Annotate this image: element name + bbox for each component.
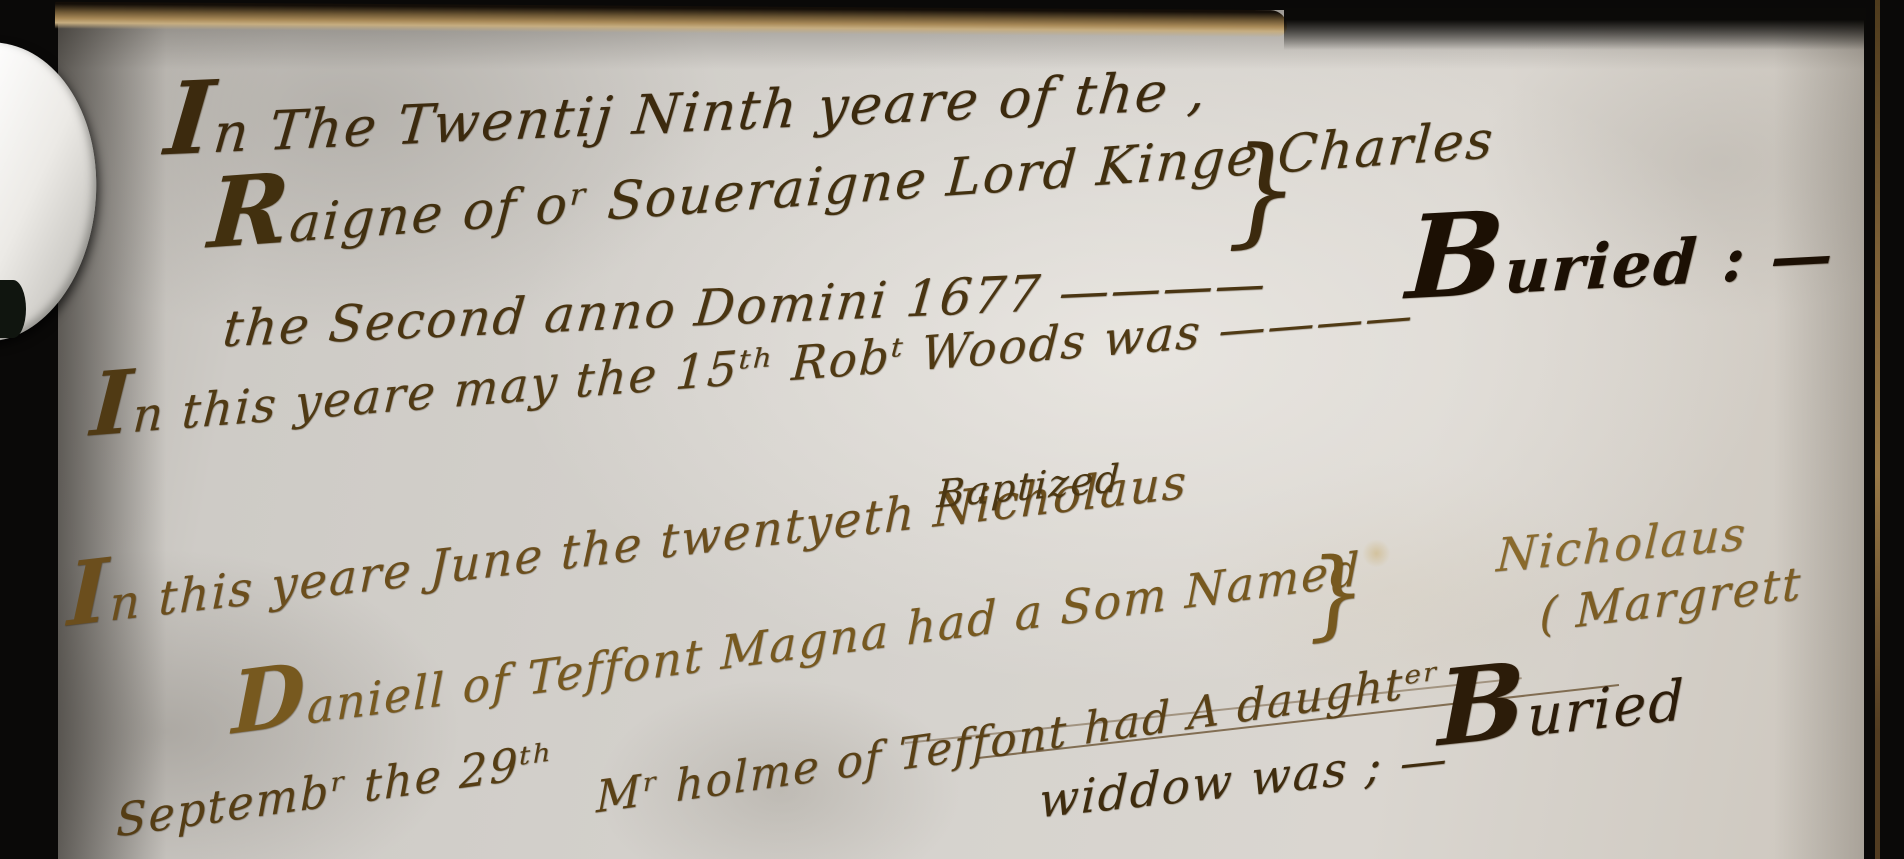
heading-brace: } — [1222, 119, 1304, 260]
adjacent-page-edge — [1875, 0, 1880, 859]
clip-notch — [0, 280, 26, 338]
background-top-right — [1284, 8, 1866, 50]
entry-baptism-brace: } — [1300, 535, 1373, 652]
manuscript-photo: In The Twentij Ninth yeare of the , Raig… — [0, 0, 1904, 859]
